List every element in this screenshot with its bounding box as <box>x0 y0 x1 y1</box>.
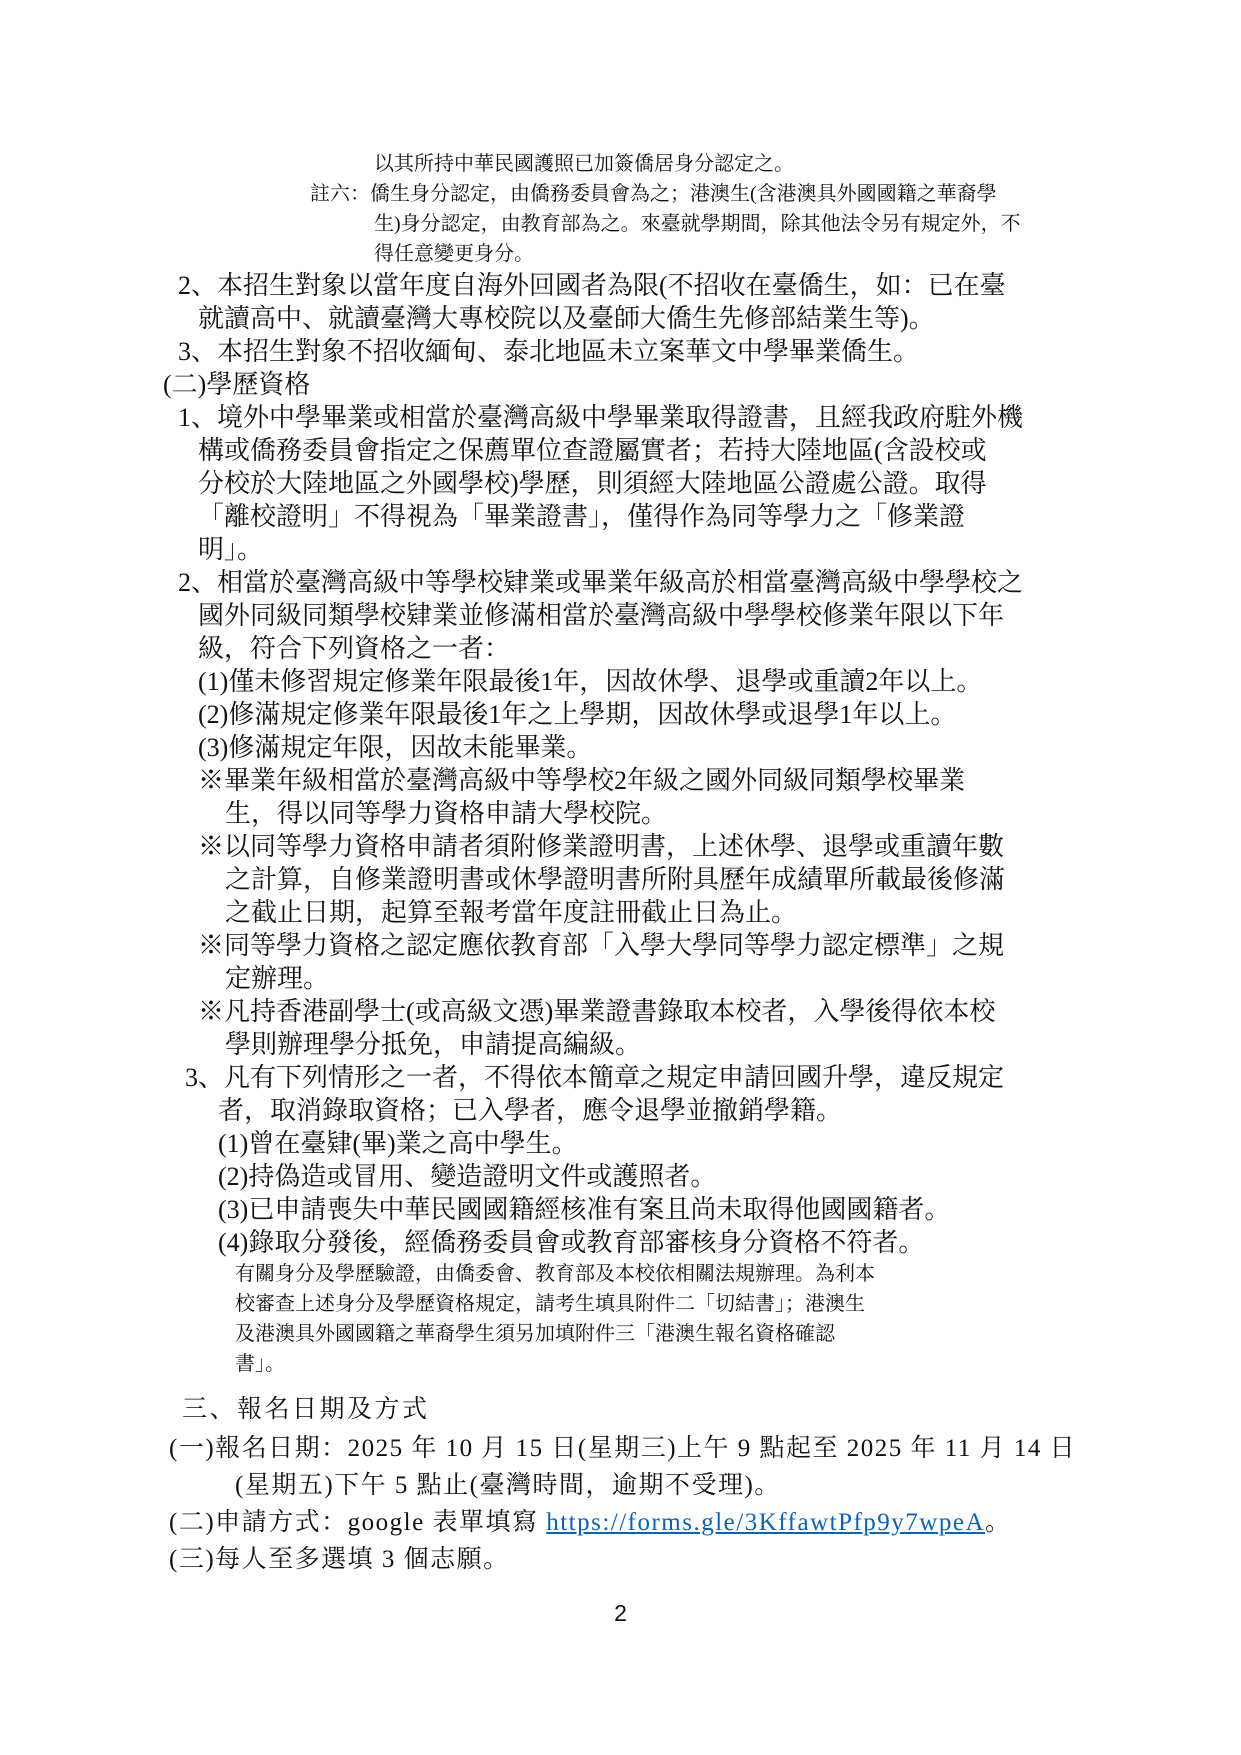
text-line: 之截止日期，起算至報考當年度註冊截止日為止。 <box>225 896 1163 929</box>
text-line: 校審查上述身分及學歷資格規定，請考生填具附件二「切結書」；港澳生 <box>235 1289 1163 1319</box>
text-line: 有關身分及學歷驗證，由僑委會、教育部及本校依相關法規辦理。為利本 <box>235 1259 1163 1289</box>
text-line: 註六：僑生身分認定，由僑務委員會為之；港澳生(含港澳具外國國籍之華裔學 <box>310 179 1163 209</box>
text-line: (星期五)下午 5 點止(臺灣時間，逾期不受理)。 <box>235 1467 1163 1504</box>
text-line: (3)已申請喪失中華民國國籍經核准有案且尚未取得他國國籍者。 <box>218 1193 1163 1226</box>
document-page: 以其所持中華民國護照已加簽僑居身分認定之。註六：僑生身分認定，由僑務委員會為之；… <box>0 0 1241 1755</box>
text-line: (二)學歷資格 <box>163 368 1163 401</box>
text-line: 定辦理。 <box>225 962 1163 995</box>
text-segment: 。 <box>985 1509 1012 1536</box>
text-line: 書」。 <box>235 1349 1163 1379</box>
text-line: 學則辦理學分抵免，申請提高編級。 <box>225 1028 1163 1061</box>
text-line: 2、相當於臺灣高級中等學校肄業或畢業年級高於相當臺灣高級中學學校之 <box>178 566 1163 599</box>
text-line: 者，取消錄取資格；已入學者，應令退學並撤銷學籍。 <box>218 1094 1163 1127</box>
page-number: 2 <box>0 1600 1241 1627</box>
text-line: 國外同級同類學校肄業並修滿相當於臺灣高級中學學校修業年限以下年 <box>198 599 1163 632</box>
text-line: ※凡持香港副學士(或高級文憑)畢業證書錄取本校者，入學後得依本校 <box>198 995 1163 1028</box>
text-line: 「離校證明」不得視為「畢業證書」，僅得作為同等學力之「修業證 <box>198 500 1163 533</box>
text-line: (4)錄取分發後，經僑務委員會或教育部審核身分資格不符者。 <box>218 1226 1163 1259</box>
text-line: (1)僅未修習規定修業年限最後1年，因故休學、退學或重讀2年以上。 <box>198 665 1163 698</box>
text-line: (2)持偽造或冒用、變造證明文件或護照者。 <box>218 1160 1163 1193</box>
text-line: (三)每人至多選填 3 個志願。 <box>169 1541 1163 1578</box>
text-segment: (二)申請方式：google 表單填寫 <box>169 1509 546 1536</box>
text-line: (2)修滿規定修業年限最後1年之上學期，因故休學或退學1年以上。 <box>198 698 1163 731</box>
section-heading: 三、報名日期及方式 <box>182 1393 1163 1426</box>
text-line: 級，符合下列資格之一者： <box>198 632 1163 665</box>
text-line: (3)修滿規定年限，因故未能畢業。 <box>198 731 1163 764</box>
registration-form-link[interactable]: https://forms.gle/3KffawtPfp9y7wpeA <box>546 1509 985 1536</box>
text-line: 明」。 <box>198 533 1163 566</box>
text-line: 2、本招生對象以當年度自海外回國者為限(不招收在臺僑生，如：已在臺 <box>178 269 1163 302</box>
text-line: 就讀高中、就讀臺灣大專校院以及臺師大僑生先修部結業生等)。 <box>198 302 1163 335</box>
text-line: 之計算，自修業證明書或休學證明書所附具歷年成績單所載最後修滿 <box>225 863 1163 896</box>
text-line: ※同等學力資格之認定應依教育部「入學大學同等學力認定標準」之規 <box>198 929 1163 962</box>
text-line: 3、本招生對象不招收緬甸、泰北地區未立案華文中學畢業僑生。 <box>178 335 1163 368</box>
text-line: (一)報名日期：2025 年 10 月 15 日(星期三)上午 9 點起至 20… <box>169 1430 1163 1467</box>
document-body: 以其所持中華民國護照已加簽僑居身分認定之。註六：僑生身分認定，由僑務委員會為之；… <box>163 149 1163 1578</box>
text-line: 1、境外中學畢業或相當於臺灣高級中學畢業取得證書，且經我政府駐外機 <box>178 401 1163 434</box>
text-line: 及港澳具外國國籍之華裔學生須另加填附件三「港澳生報名資格確認 <box>235 1319 1163 1349</box>
text-line: 以其所持中華民國護照已加簽僑居身分認定之。 <box>374 149 1163 179</box>
text-line: 生，得以同等學力資格申請大學校院。 <box>225 797 1163 830</box>
text-line: 構或僑務委員會指定之保薦單位查證屬實者；若持大陸地區(含設校或 <box>198 434 1163 467</box>
application-method-line: (二)申請方式：google 表單填寫 https://forms.gle/3K… <box>169 1504 1163 1541</box>
text-line: 得任意變更身分。 <box>374 239 1163 269</box>
text-line: 生)身分認定，由教育部為之。來臺就學期間，除其他法令另有規定外，不 <box>374 209 1163 239</box>
text-line: ※以同等學力資格申請者須附修業證明書，上述休學、退學或重讀年數 <box>198 830 1163 863</box>
text-line: (1)曾在臺肄(畢)業之高中學生。 <box>218 1127 1163 1160</box>
text-line: ※畢業年級相當於臺灣高級中等學校2年級之國外同級同類學校畢業 <box>198 764 1163 797</box>
text-line: 3、凡有下列情形之一者，不得依本簡章之規定申請回國升學，違反規定 <box>185 1061 1163 1094</box>
text-line: 分校於大陸地區之外國學校)學歷，則須經大陸地區公證處公證。取得 <box>198 467 1163 500</box>
